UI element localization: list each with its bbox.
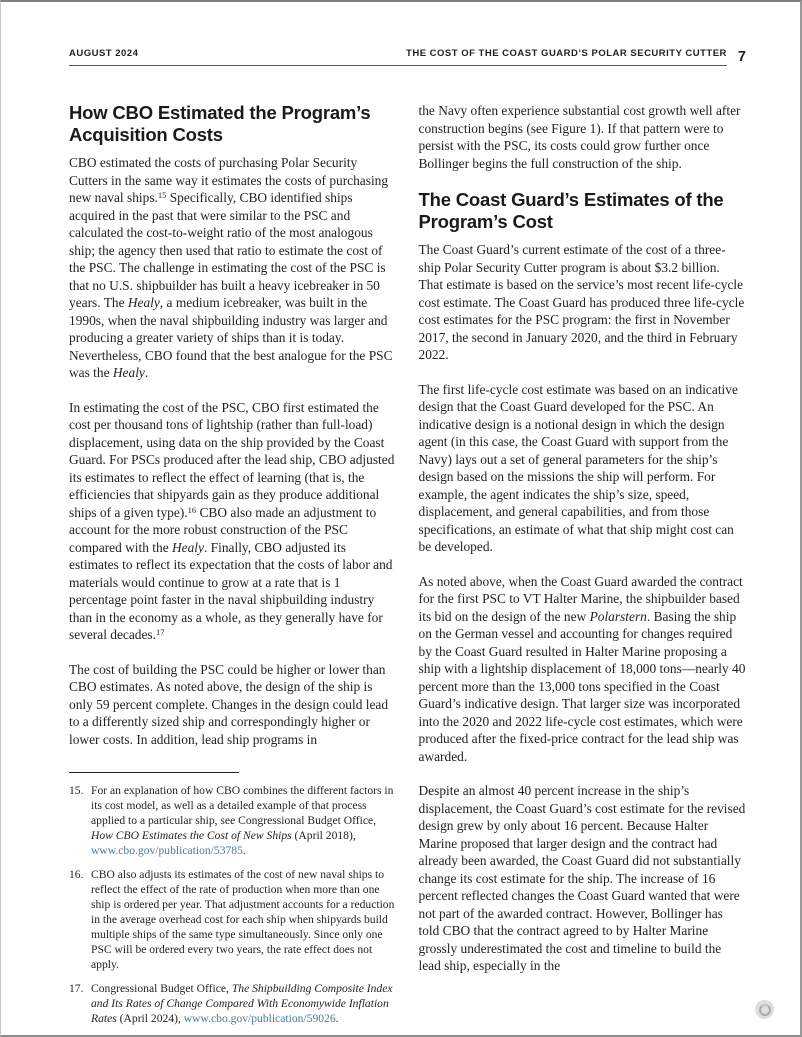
page-number: 7: [738, 49, 746, 66]
right-column: the Navy often experience substantial co…: [419, 102, 747, 1035]
page-header: AUGUST 2024 THE COST OF THE COAST GUARD’…: [69, 48, 746, 66]
paragraph: The Coast Guard’s current estimate of th…: [419, 241, 747, 364]
paragraph: Despite an almost 40 percent increase in…: [419, 782, 747, 975]
cbo-publication-link[interactable]: www.cbo.gov/publication/59026: [184, 1012, 336, 1025]
section-heading-acquisition-costs: How CBO Estimated the Program’s Acquisit…: [69, 102, 397, 146]
paragraph: The first life-cycle cost estimate was b…: [419, 381, 747, 556]
paragraph: In estimating the cost of the PSC, CBO f…: [69, 399, 397, 644]
header-report-title: THE COST OF THE COAST GUARD’S POLAR SECU…: [406, 48, 727, 59]
header-date: AUGUST 2024: [69, 48, 138, 59]
footnote-17: 17. Congressional Budget Office, The Shi…: [69, 981, 397, 1026]
left-column: How CBO Estimated the Program’s Acquisit…: [69, 102, 397, 1035]
viewer-floating-button[interactable]: [755, 1000, 774, 1019]
paragraph: As noted above, when the Coast Guard awa…: [419, 573, 747, 766]
paragraph: the Navy often experience substantial co…: [419, 102, 747, 172]
footnotes-section: 15. For an explanation of how CBO combin…: [69, 772, 397, 1026]
circular-viewer-icon: [759, 1004, 771, 1016]
footnote-reference: 16: [188, 505, 197, 515]
footnote-16: 16. CBO also adjusts its estimates of th…: [69, 867, 397, 972]
footnote-number: 17.: [69, 981, 91, 1026]
footnote-text: Congressional Budget Office, The Shipbui…: [91, 981, 397, 1026]
footnote-text: For an explanation of how CBO combines t…: [91, 783, 397, 858]
paragraph: The cost of building the PSC could be hi…: [69, 661, 397, 749]
footnote-text: CBO also adjusts its estimates of the co…: [91, 867, 397, 972]
footnote-reference: 17: [156, 627, 165, 637]
footnote-number: 15.: [69, 783, 91, 858]
header-rule: AUGUST 2024 THE COST OF THE COAST GUARD’…: [69, 48, 727, 66]
cbo-publication-link[interactable]: www.cbo.gov/publication/53785: [91, 844, 243, 857]
footnote-15: 15. For an explanation of how CBO combin…: [69, 783, 397, 858]
two-column-body: How CBO Estimated the Program’s Acquisit…: [69, 102, 746, 1035]
paragraph: CBO estimated the costs of purchasing Po…: [69, 154, 397, 382]
section-heading-coast-guard-estimates: The Coast Guard’s Estimates of the Progr…: [419, 189, 747, 233]
footnote-number: 16.: [69, 867, 91, 972]
footnote-divider: [69, 772, 239, 773]
document-page: { "colors": { "link_blue": "#4c7a9c", "t…: [0, 0, 802, 1037]
